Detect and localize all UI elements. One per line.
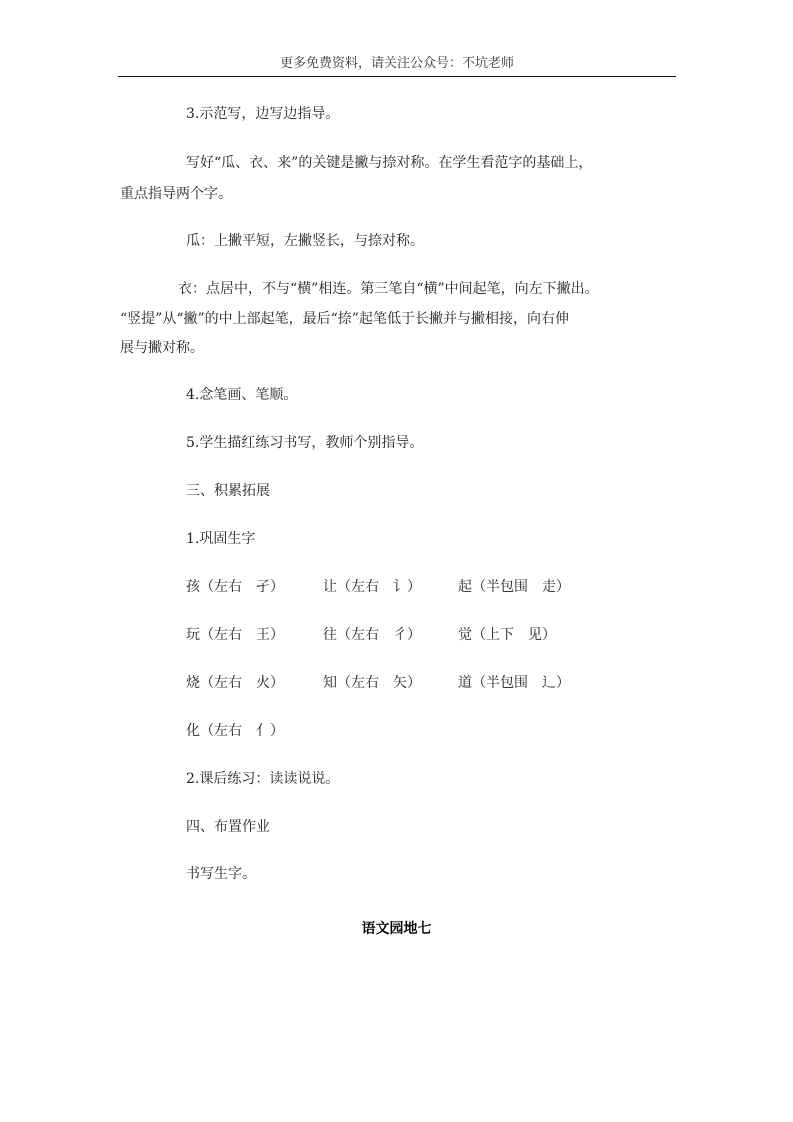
exercise-heading: 2.课后练习：读读说说。 <box>186 771 339 787</box>
character-item: 起（半包围 走） <box>458 579 570 595</box>
character-item: 玩（左右 王） <box>186 627 284 643</box>
yi-paragraph-line-1: 衣：点居中，不与“横”相连。第三笔自“横”中间起笔，向左下撇出。 <box>178 281 599 297</box>
consolidate-heading: 1.巩固生字 <box>186 531 255 547</box>
key-points-line-1: 写好“瓜、衣、来”的关键是撇与捺对称。在学生看范字的基础上， <box>186 155 592 171</box>
section-4-heading: 四、布置作业 <box>186 819 270 835</box>
character-item: 孩（左右 孑） <box>186 579 284 595</box>
character-item: 让（左右 讠） <box>323 579 421 595</box>
step-5-paragraph: 5.学生描红练习书写，教师个别指导。 <box>186 435 423 451</box>
yi-paragraph-line-2: “竖提”从“撇”的中上部起笔，最后“捺”起笔低于长撇并与撇相接，向右伸 <box>120 311 569 327</box>
header-divider <box>118 76 676 77</box>
homework-text: 书写生字。 <box>186 866 256 882</box>
key-points-line-2: 重点指导两个字。 <box>120 186 232 202</box>
character-item: 知（左右 矢） <box>323 675 421 691</box>
character-item: 往（左右 彳） <box>323 627 421 643</box>
yi-paragraph-line-3: 展与撇对称。 <box>120 340 204 356</box>
next-section-title: 语文园地七 <box>0 918 793 938</box>
character-item: 觉（上下 见） <box>458 627 556 643</box>
section-3-heading: 三、积累拓展 <box>186 483 270 499</box>
gua-paragraph: 瓜：上撇平短，左撇竖长，与捺对称。 <box>186 233 424 249</box>
character-item: 烧（左右 火） <box>186 675 284 691</box>
step-4-paragraph: 4.念笔画、笔顺。 <box>186 387 297 403</box>
character-item: 化（左右 亻） <box>186 723 284 739</box>
character-item: 道（半包围 辶） <box>458 675 570 691</box>
page-header: 更多免费资料，请关注公众号：不坑老师 <box>118 55 676 73</box>
step-3-paragraph: 3.示范写，边写边指导。 <box>186 106 339 122</box>
